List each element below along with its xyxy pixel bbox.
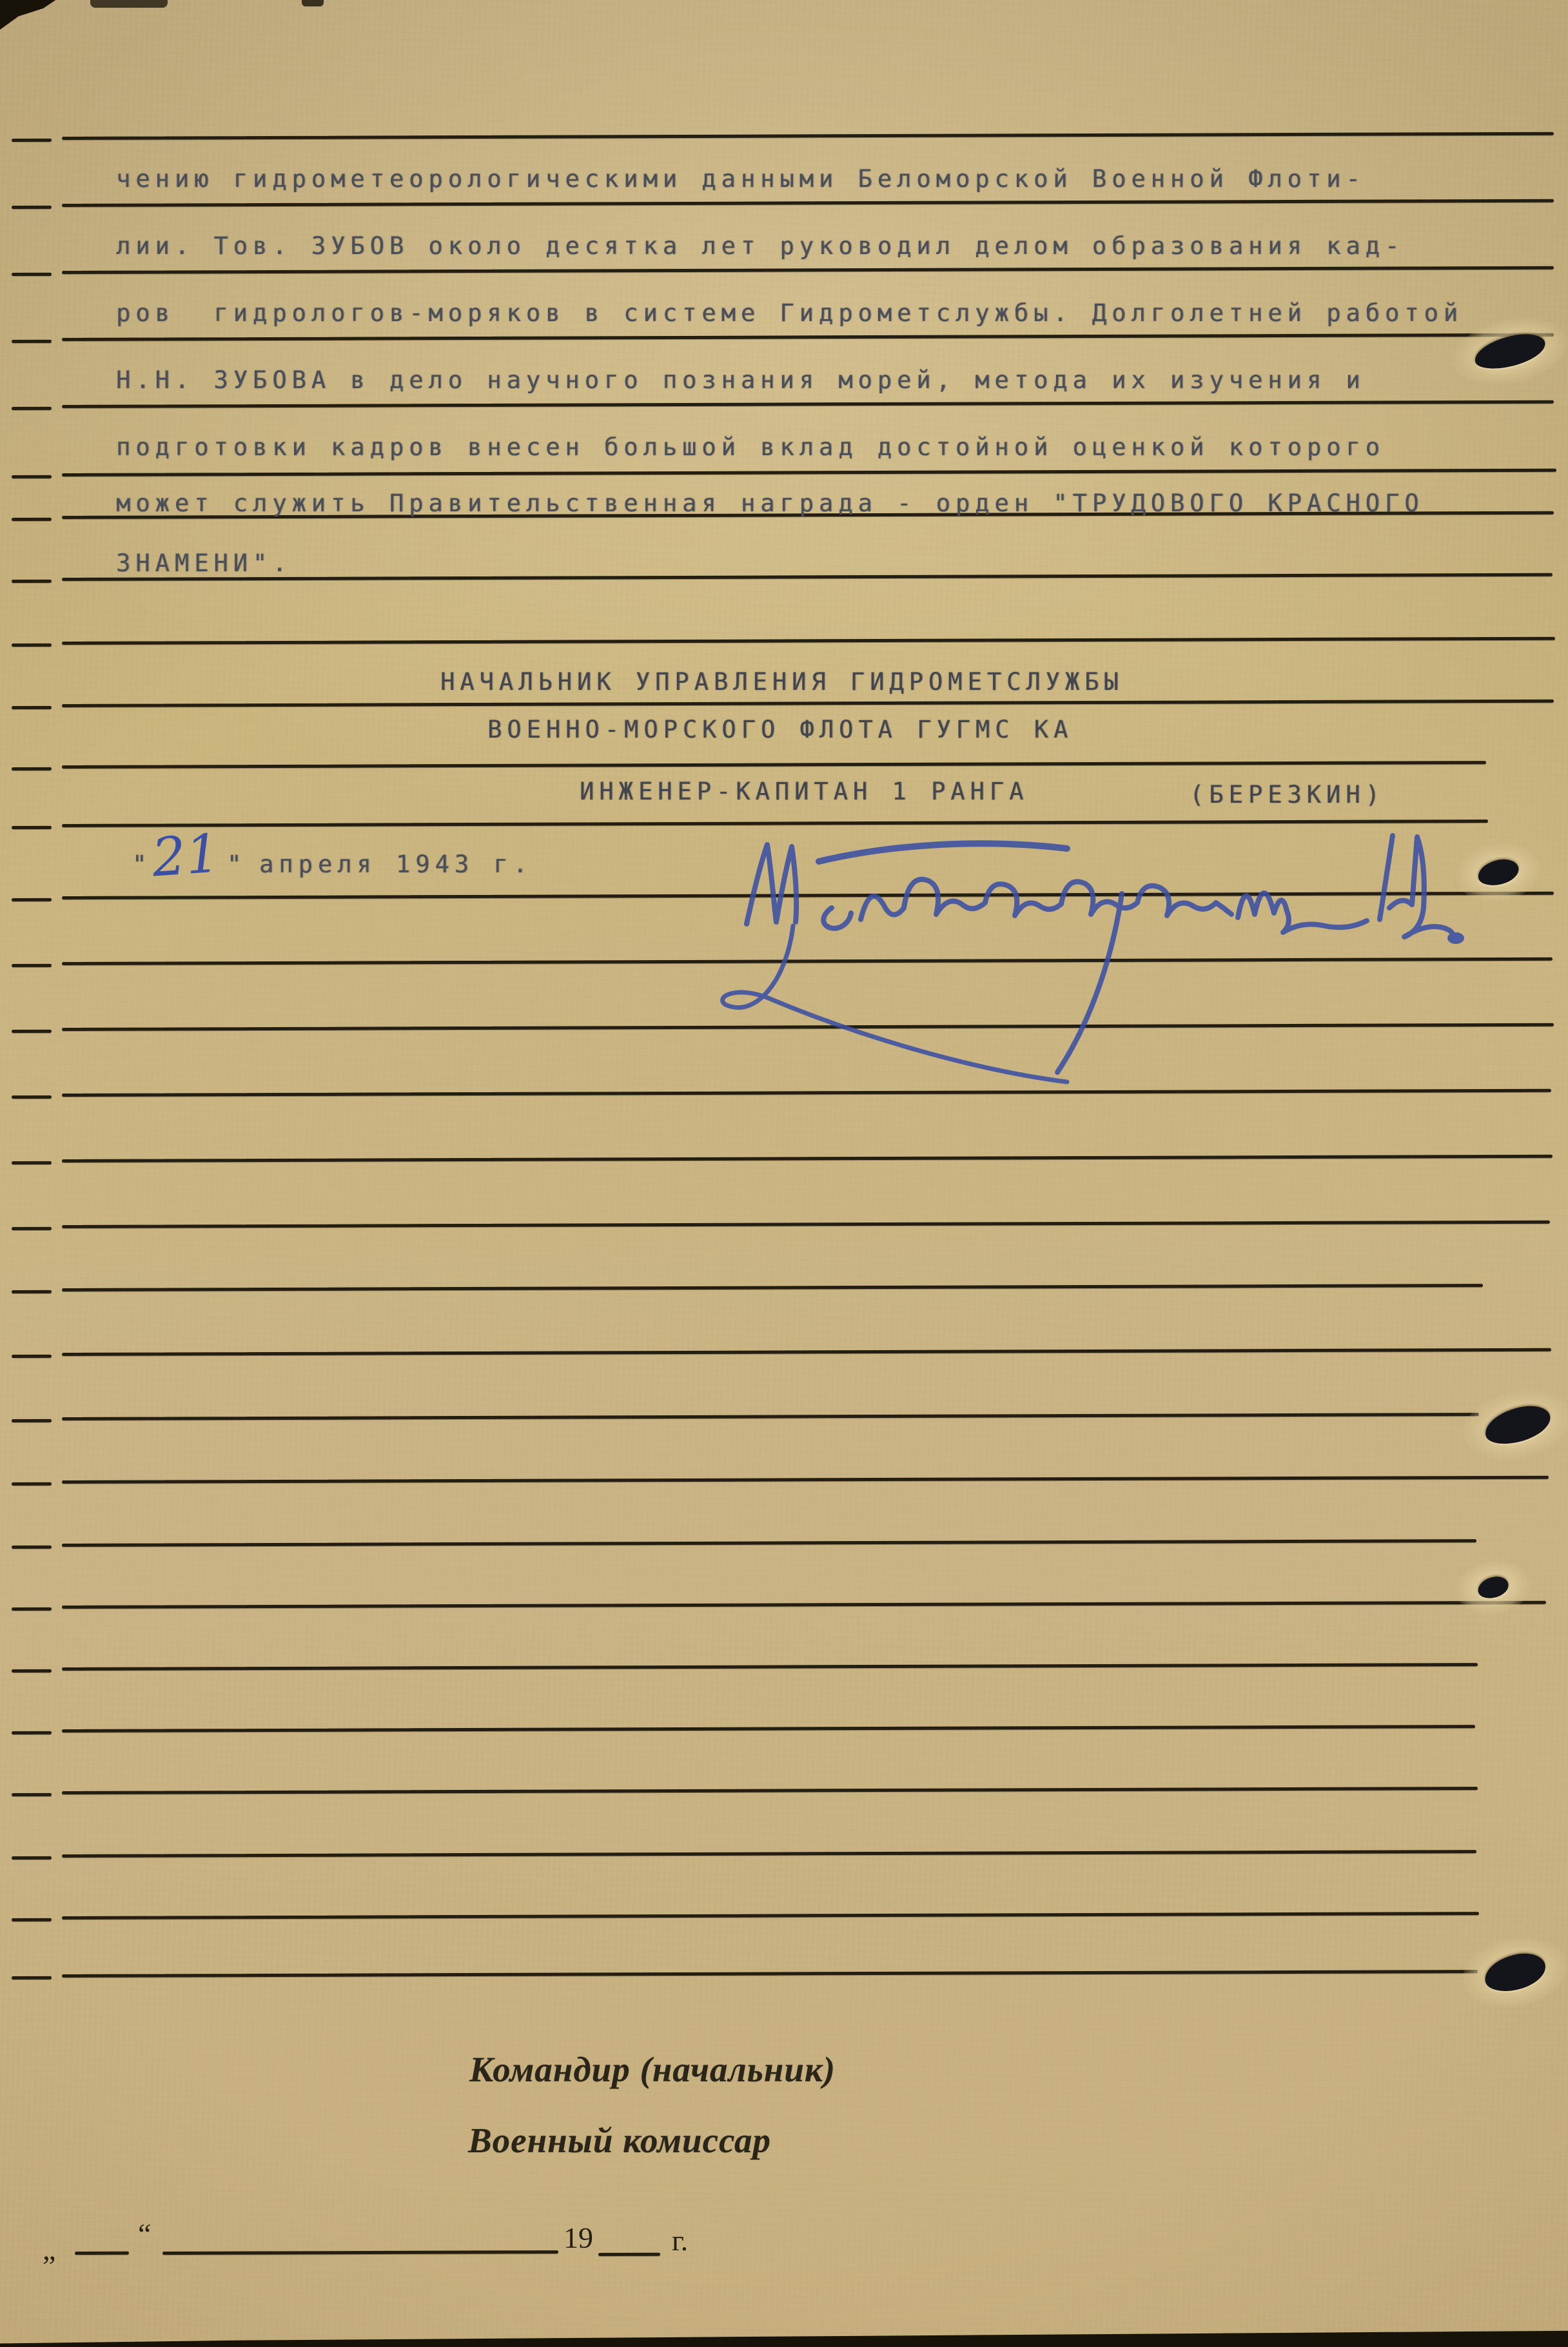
body-line: может служить Правительственная награда …	[116, 489, 1424, 517]
body-line: лии. Тов. ЗУБОВ около десятка лет руково…	[116, 232, 1404, 260]
ruled-line-dash	[12, 340, 52, 343]
ruled-line-dash	[12, 1030, 52, 1033]
ruled-line	[62, 1348, 1551, 1356]
ruled-line	[62, 1970, 1478, 1978]
ruled-line-dash	[12, 580, 52, 583]
date-typed-text: апреля 1943 г.	[259, 850, 533, 878]
ruled-line-dash	[12, 1482, 52, 1486]
ruled-line	[62, 1413, 1479, 1420]
ruled-line-dash	[12, 1546, 52, 1549]
date-quote-close: "	[227, 850, 246, 878]
ruled-line-dash	[12, 706, 52, 709]
signoff-surname: (БЕРЕЗКИН)	[1190, 781, 1385, 809]
bottom-edge-shadow	[0, 2325, 1568, 2347]
ruled-line-dash	[12, 1976, 52, 1979]
ruled-line	[62, 1725, 1475, 1733]
body-line: чению гидрометеорологическими данными Бе…	[116, 165, 1366, 193]
body-line: подготовки кадров внесен большой вклад д…	[116, 433, 1385, 461]
ruled-line-dash	[12, 1355, 52, 1358]
ruled-line-dash	[12, 1290, 52, 1293]
ruled-line-dash	[12, 1669, 52, 1673]
footer-high-quote: “	[138, 2217, 151, 2251]
ruled-line-dash	[12, 139, 52, 142]
ruled-line-dash	[12, 1419, 52, 1422]
date-quote-open: "	[132, 850, 152, 878]
ruled-line	[62, 1284, 1483, 1291]
signoff-title-line3: ИНЖЕНЕР-КАПИТАН 1 РАНГА	[580, 778, 1028, 805]
ruled-line	[62, 761, 1486, 769]
footer-blank-line	[75, 2252, 129, 2255]
ruled-line	[62, 1476, 1549, 1484]
edge-mark	[90, 0, 168, 8]
commissar-label: Военный комиссар	[468, 2120, 771, 2161]
ruled-line	[62, 637, 1555, 645]
ruled-line	[62, 1221, 1550, 1228]
ruled-line	[62, 400, 1554, 408]
handwritten-day: 21	[150, 823, 222, 889]
ruled-line-dash	[12, 1095, 52, 1099]
footer-low-quote: „	[43, 2232, 55, 2266]
ruled-line-dash	[12, 1918, 52, 1921]
ruled-line-dash	[12, 518, 52, 521]
body-line: ЗНАМЕНИ".	[116, 549, 291, 577]
ruled-line-dash	[12, 475, 52, 478]
ruled-line-dash	[12, 1607, 52, 1611]
footer-blank-line	[162, 2250, 558, 2255]
ruled-line-dash	[12, 407, 52, 410]
edge-mark	[302, 0, 324, 6]
body-line: ров гидрологов-моряков в системе Гидроме…	[116, 299, 1463, 327]
ruled-line	[62, 266, 1554, 274]
ruled-line	[62, 700, 1554, 707]
ruled-line-dash	[12, 1227, 52, 1230]
ruled-line-dash	[12, 767, 52, 771]
ruled-line-dash	[12, 1856, 52, 1860]
signature-ink	[696, 811, 1515, 1088]
ruled-line	[62, 1787, 1478, 1794]
ruled-line-dash	[12, 1731, 52, 1734]
commander-label: Командир (начальник)	[469, 2049, 836, 2090]
footer-year-prefix: 19	[563, 2221, 593, 2255]
ruled-line	[62, 333, 1554, 341]
footer-blank-line	[598, 2253, 660, 2256]
ruled-line	[62, 1155, 1553, 1163]
ruled-line	[62, 1912, 1479, 1920]
footer-year-suffix: г.	[672, 2223, 688, 2257]
signoff-title-line1: НАЧАЛЬНИК УПРАВЛЕНИЯ ГИДРОМЕТСЛУЖБЫ	[440, 668, 1124, 696]
ruled-line-dash	[12, 643, 52, 647]
signoff-title-line2: ВОЕННО-МОРСКОГО ФЛОТА ГУГМС КА	[487, 716, 1073, 743]
ruled-line-dash	[12, 273, 52, 276]
ruled-line-dash	[12, 1161, 52, 1164]
ruled-line	[62, 1850, 1476, 1858]
ruled-line-dash	[12, 826, 52, 829]
ruled-line-dash	[12, 964, 52, 967]
ruled-line	[62, 1539, 1476, 1547]
ruled-line	[62, 199, 1554, 207]
paper-texture	[0, 0, 1568, 2347]
ruled-line	[62, 469, 1556, 476]
ruled-line	[62, 1601, 1546, 1609]
ruled-line	[62, 1089, 1551, 1097]
scanned-document-page: чению гидрометеорологическими данными Бе…	[0, 0, 1568, 2347]
ruled-line	[62, 1663, 1478, 1671]
ruled-line-dash	[12, 1793, 52, 1796]
ruled-line-dash	[12, 206, 52, 209]
ruled-line-dash	[12, 898, 52, 901]
body-line: Н.Н. ЗУБОВА в дело научного познания мор…	[116, 366, 1366, 394]
ruled-line	[62, 132, 1554, 140]
